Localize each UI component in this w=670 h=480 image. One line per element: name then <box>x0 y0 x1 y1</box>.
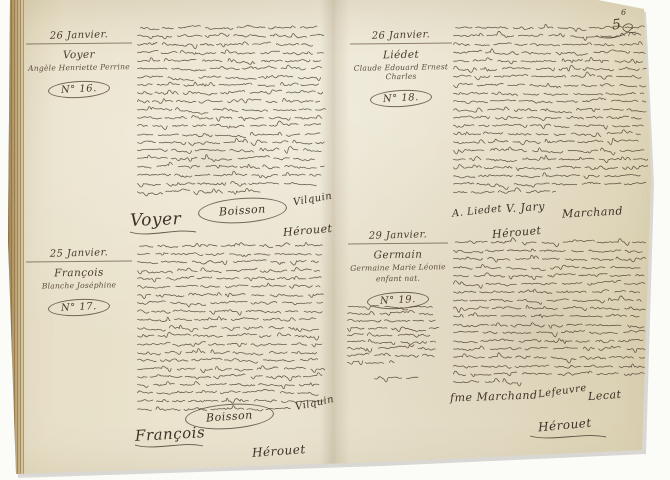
stacked-page-edges <box>8 0 24 480</box>
margin-rule <box>26 260 132 262</box>
act-19-margin-surname: Germain <box>348 248 448 262</box>
act-16-margin-date: 26 Janvier. <box>26 29 132 43</box>
act-16-number: N° 16. <box>48 79 111 99</box>
act-18-signature: V. Jary <box>506 200 546 216</box>
act-19-margin-note: enfant nat. <box>348 273 448 284</box>
act-19-marginal-note-signature <box>372 372 428 384</box>
act-16-margin-given-names: Angèle Henriette Perrine <box>26 62 132 73</box>
act-19-handwritten-body <box>452 237 648 387</box>
act-18-margin-given-names: Claude Edouard Ernest Charles <box>350 62 452 82</box>
act-18-margin-date: 26 Janvier. <box>350 29 452 43</box>
scanned-register-photo: 6 5 26 Janvier. Voyer Angèle Henriette P… <box>0 0 670 480</box>
act-17-margin-date: 25 Janvier. <box>26 247 132 261</box>
margin-rule <box>350 42 452 44</box>
act-18-margin: 26 Janvier. Liédet Claude Edouard Ernest… <box>350 30 452 107</box>
act-19-margin: 29 Janvier. Germain Germaine Marie Léoni… <box>348 230 448 309</box>
act-17-handwritten-body <box>136 240 326 412</box>
margin-rule <box>26 42 132 44</box>
act-16-margin-surname: Voyer <box>26 48 132 62</box>
act-16-signature: Voyer <box>130 209 182 231</box>
act-19-margin-date: 29 Janvier. <box>348 229 448 243</box>
act-19-margin-given-names: Germaine Marie Léonie <box>348 262 448 273</box>
act-18-number: N° 18. <box>370 88 433 108</box>
act-19-signature: Lecat <box>588 388 622 403</box>
act-17-number: N° 17. <box>48 297 111 317</box>
register-book-spread: 6 5 26 Janvier. Voyer Angèle Henriette P… <box>0 0 670 480</box>
corner-mark: 6 <box>621 8 626 17</box>
act-17-margin: 25 Janvier. François Blanche Joséphine N… <box>26 248 132 316</box>
act-18-handwritten-body <box>452 22 648 196</box>
act-17-margin-surname: François <box>26 266 132 280</box>
act-17-signature: François <box>135 423 206 445</box>
act-17-margin-given-names: Blanche Joséphine <box>26 280 132 291</box>
margin-rule <box>348 242 448 244</box>
act-16-handwritten-body <box>136 22 326 198</box>
act-19-marginal-note <box>346 302 440 368</box>
act-16-margin: 26 Janvier. Voyer Angèle Henriette Perri… <box>26 30 132 98</box>
act-18-margin-surname: Liédet <box>350 48 452 62</box>
